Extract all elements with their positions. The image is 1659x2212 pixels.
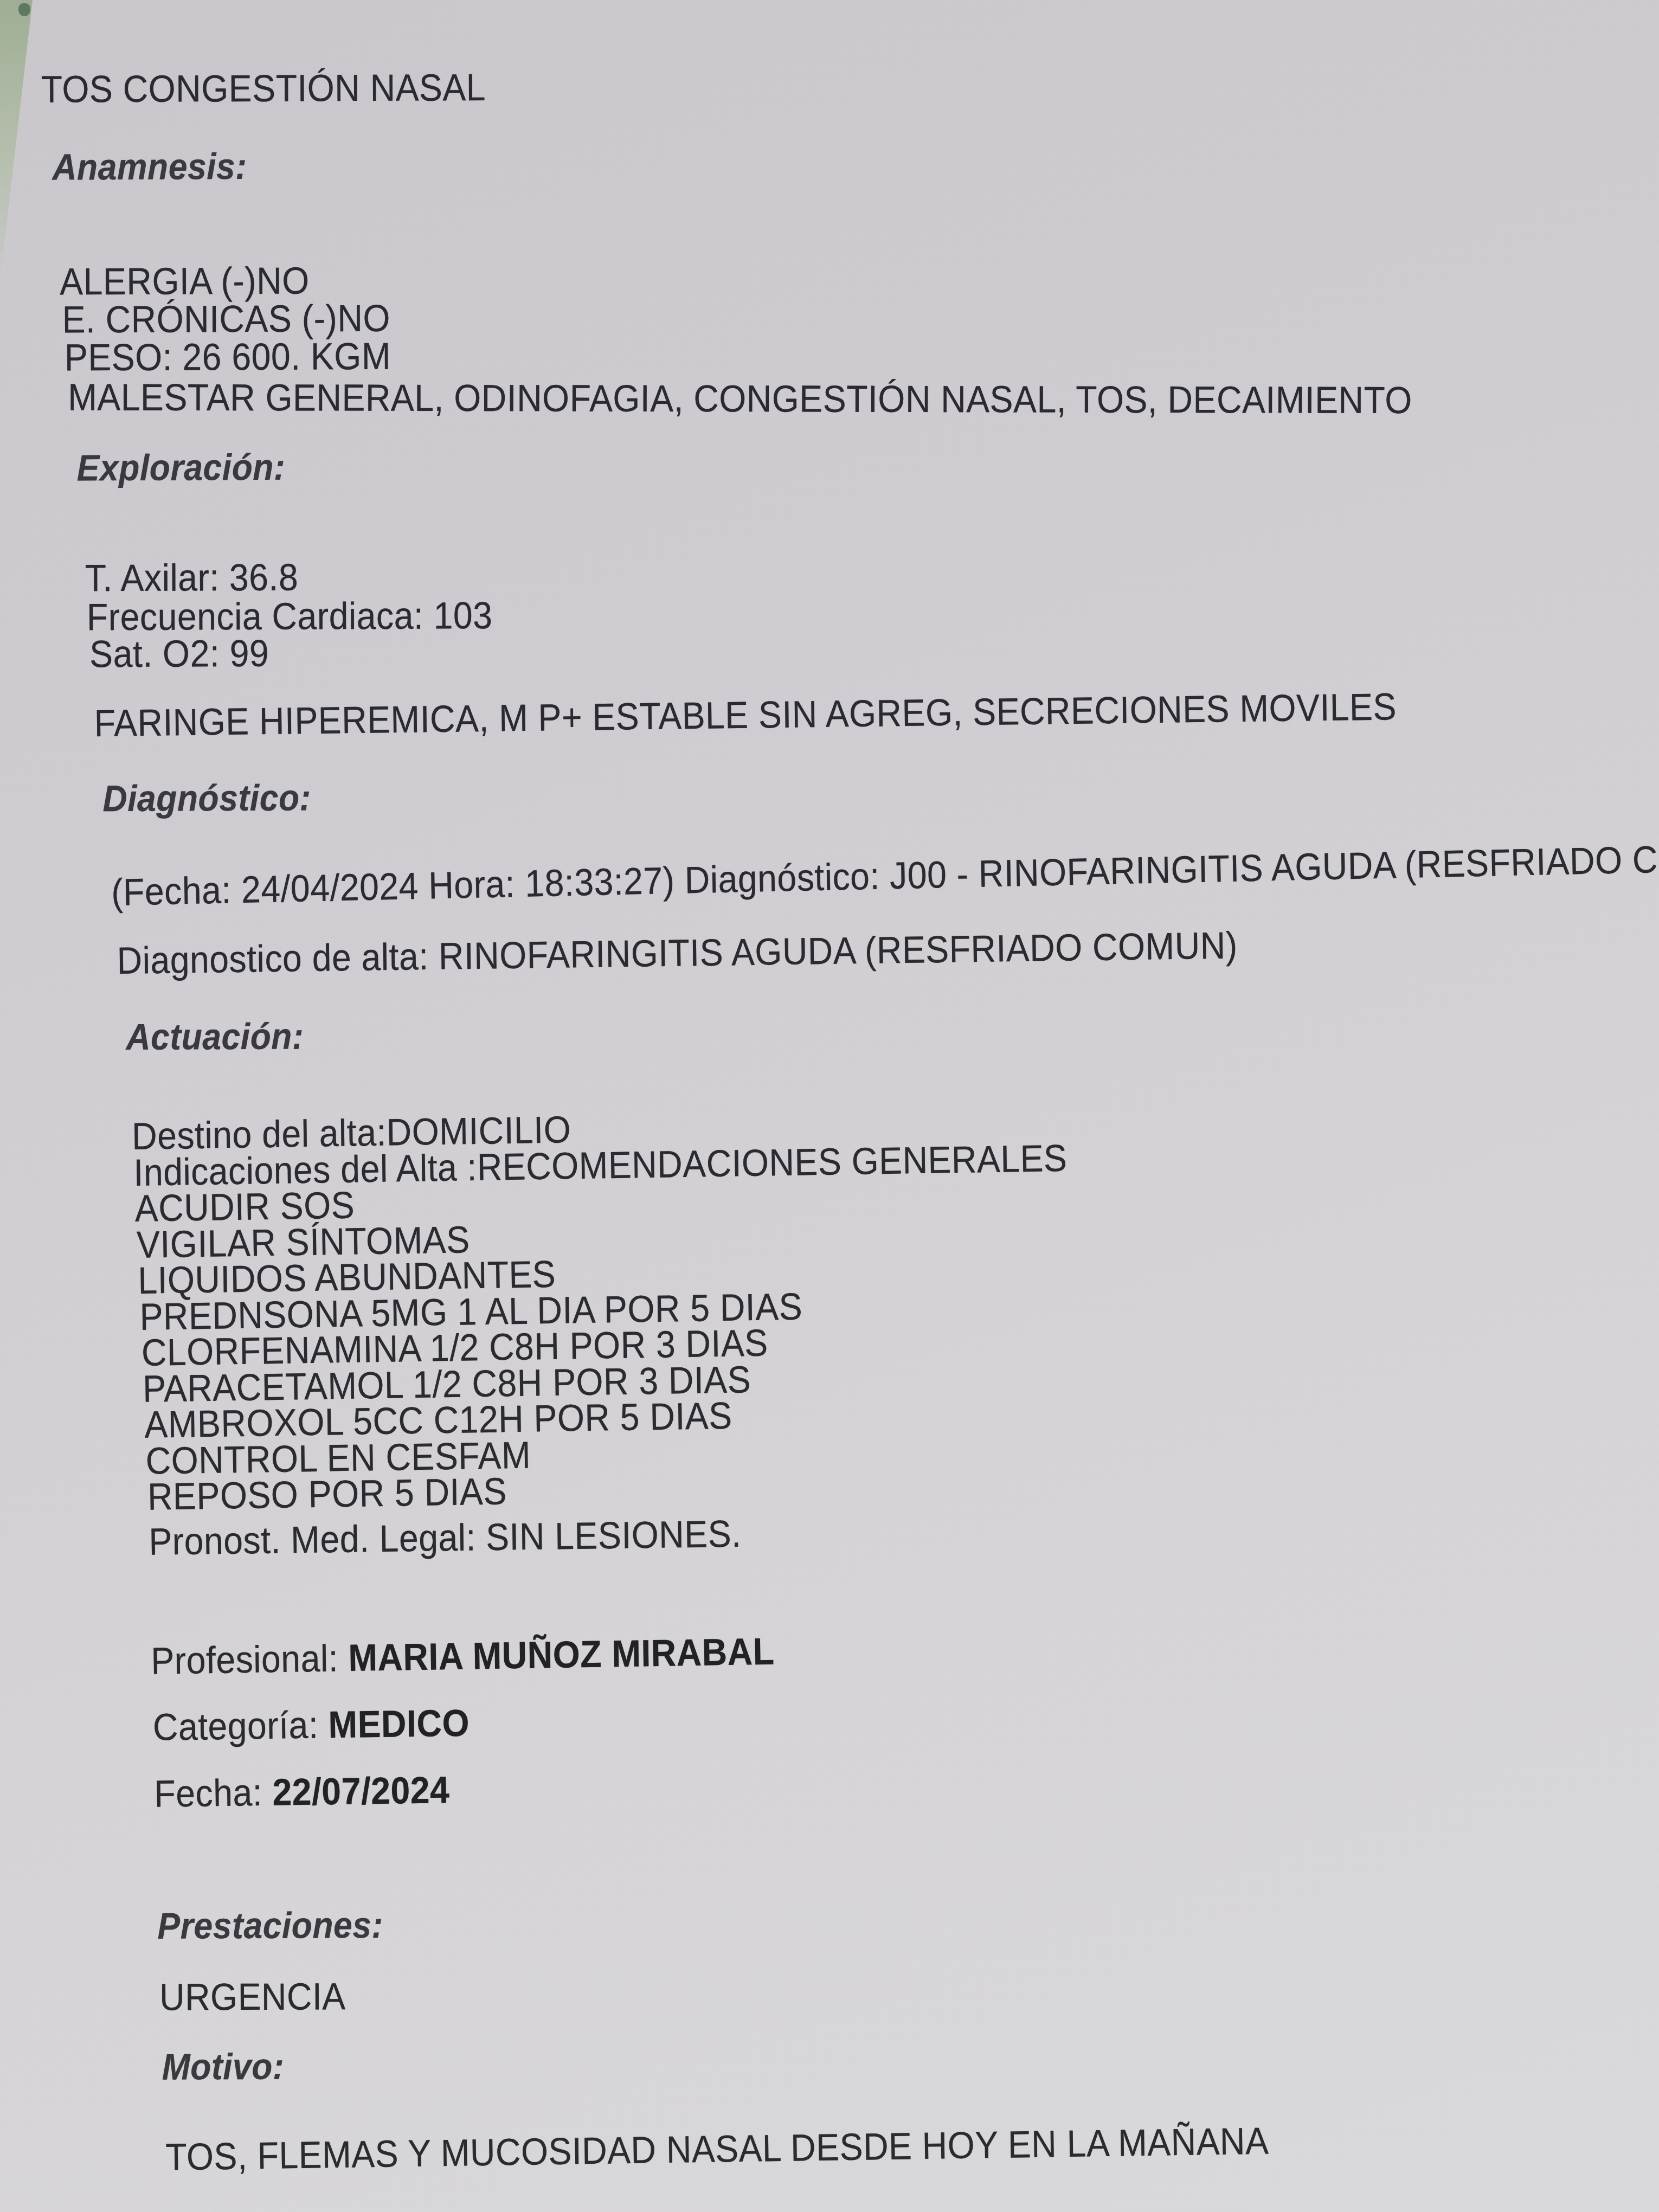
- actuacion-heading: Actuación:: [126, 1018, 304, 1056]
- vital-heart-rate: Frecuencia Cardiaca: 103: [87, 596, 493, 636]
- profesional-name: MARIA MUÑOZ MIRABAL: [348, 1630, 775, 1679]
- fecha-label: Fecha:: [154, 1771, 263, 1815]
- fecha-field: Fecha: 22/07/2024: [154, 1771, 450, 1813]
- anamnesis-chronic: E. CRÓNICAS (-)NO: [62, 299, 390, 339]
- anamnesis-symptoms: MALESTAR GENERAL, ODINOFAGIA, CONGESTIÓN…: [68, 378, 1412, 419]
- categoria-label: Categoría:: [152, 1704, 318, 1748]
- printed-medical-report: TOS CONGESTIÓN NASAL Anamnesis: ALERGIA …: [0, 0, 1659, 2212]
- diagnostico-entry: (Fecha: 24/04/2024 Hora: 18:33:27) Diagn…: [111, 839, 1659, 911]
- pronostico-medico-legal: Pronost. Med. Legal: SIN LESIONES.: [149, 1515, 742, 1561]
- categoria-value: MEDICO: [328, 1702, 470, 1746]
- vital-oxygen-saturation: Sat. O2: 99: [89, 634, 269, 673]
- exploracion-findings: FARINGE HIPEREMICA, M P+ ESTABLE SIN AGR…: [94, 687, 1397, 742]
- vital-temperature: T. Axilar: 36.8: [85, 558, 299, 597]
- motivo-heading: Motivo:: [162, 2048, 284, 2086]
- prestaciones-value: URGENCIA: [159, 1977, 346, 2016]
- anamnesis-allergy: ALERGIA (-)NO: [60, 262, 310, 301]
- anamnesis-heading: Anamnesis:: [52, 148, 247, 186]
- fecha-value: 22/07/2024: [272, 1769, 450, 1814]
- categoria-field: Categoría: MEDICO: [152, 1704, 470, 1746]
- anamnesis-weight: PESO: 26 600. KGM: [65, 337, 391, 377]
- actuacion-line: REPOSO POR 5 DIAS: [147, 1472, 507, 1515]
- profesional-field: Profesional: MARIA MUÑOZ MIRABAL: [151, 1632, 775, 1680]
- report-title-line: TOS CONGESTIÓN NASAL: [41, 68, 486, 108]
- diagnostico-heading: Diagnóstico:: [102, 780, 311, 818]
- prestaciones-heading: Prestaciones:: [157, 1907, 383, 1945]
- diagnostico-alta: Diagnostico de alta: RINOFARINGITIS AGUD…: [117, 926, 1238, 980]
- profesional-label: Profesional:: [151, 1637, 339, 1682]
- exploracion-heading: Exploración:: [77, 449, 286, 487]
- motivo-value: TOS, FLEMAS Y MUCOSIDAD NASAL DESDE HOY …: [165, 2122, 1269, 2176]
